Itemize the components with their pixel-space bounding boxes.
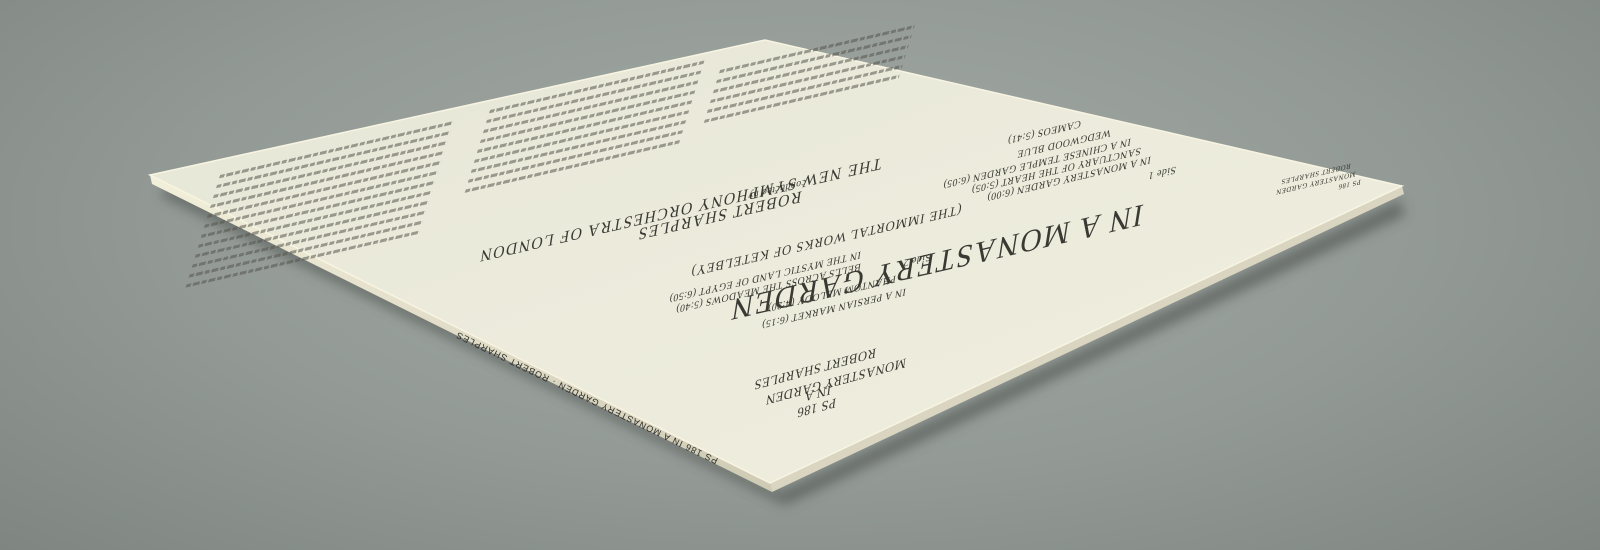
photo-scene: IN A MONASTERY GARDEN (THE IMMORTAL WORK… xyxy=(0,0,1600,550)
sleeve-back-cover xyxy=(150,40,1402,483)
record-sleeve xyxy=(0,0,1600,550)
